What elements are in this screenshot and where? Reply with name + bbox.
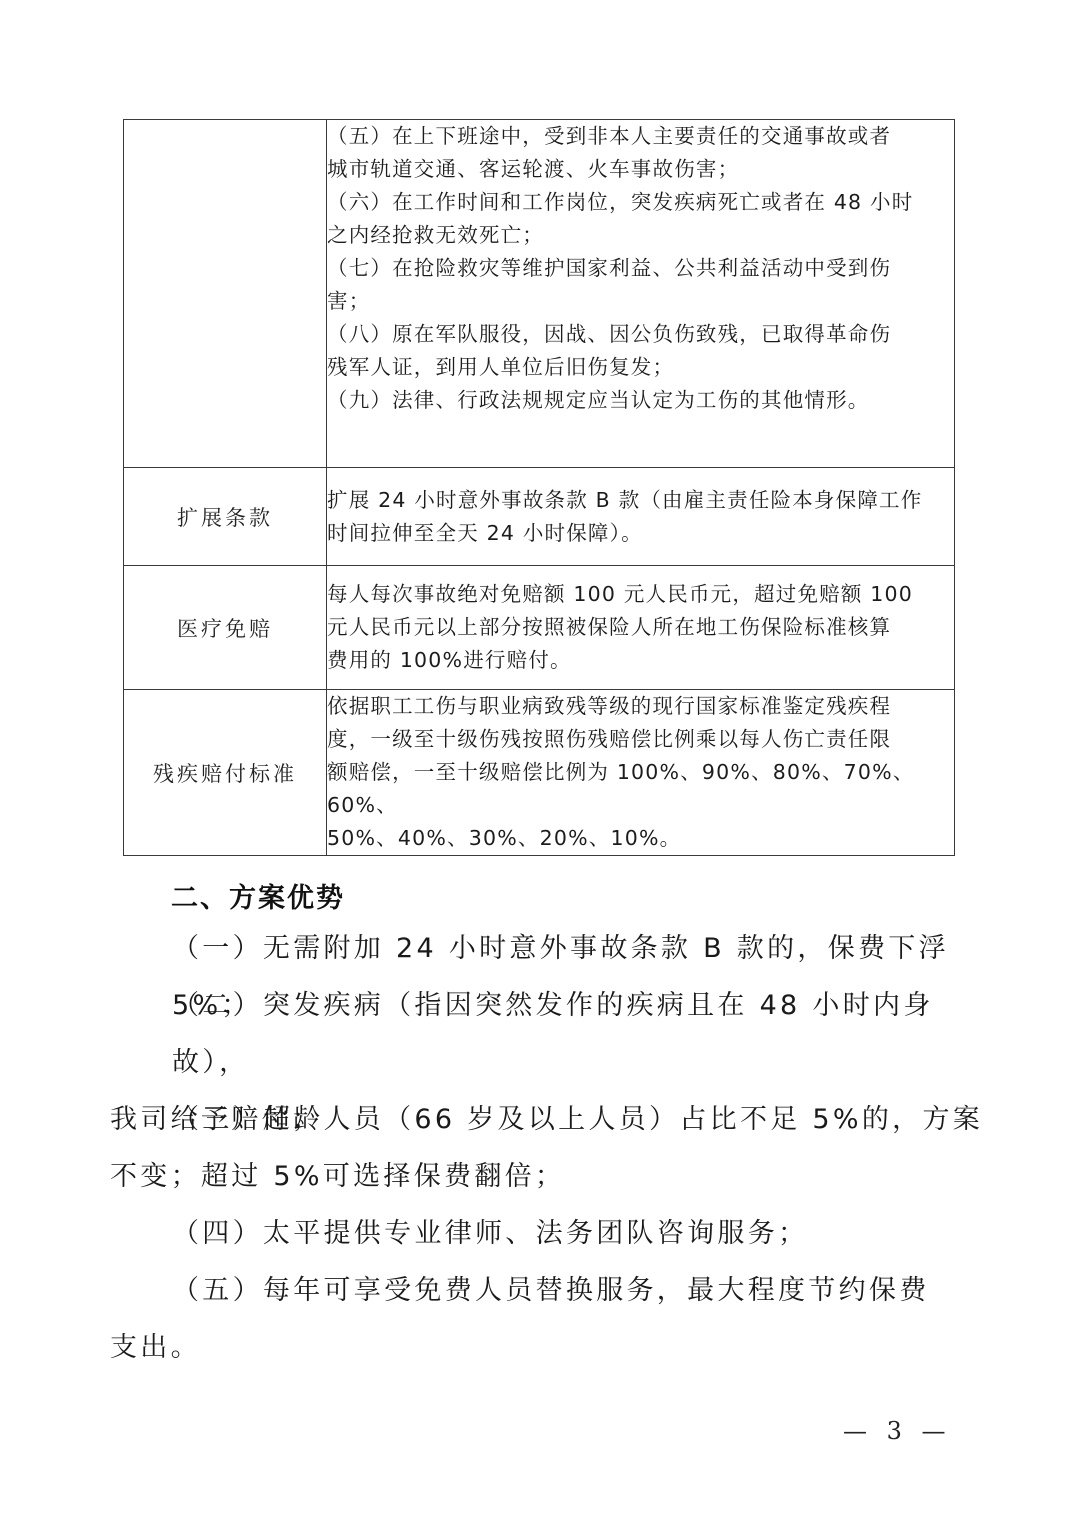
content-line: 扩展 24 小时意外事故条款 B 款（由雇主责任险本身保障工作: [327, 484, 954, 517]
page-number: — 3 —: [843, 1417, 952, 1445]
content-line: 害；: [327, 285, 954, 318]
table-row-content: 依据职工工伤与职业病致残等级的现行国家标准鉴定残疾程 度，一级至十级伤残按照伤残…: [327, 690, 955, 856]
content-line: （五）在上下班途中，受到非本人主要责任的交通事故或者: [327, 120, 954, 153]
content-line: 依据职工工伤与职业病致残等级的现行国家标准鉴定残疾程: [327, 690, 954, 723]
advantage-item-4: （四）太平提供专业律师、法务团队咨询服务；: [110, 1205, 990, 1262]
advantage-item-5: （五）每年可享受免费人员替换服务，最大程度节约保费 支出。: [110, 1262, 990, 1376]
advantage-item-3: （三）超龄人员（66 岁及以上人员）占比不足 5%的，方案 不变；超过 5%可选…: [110, 1091, 990, 1205]
content-line: 额赔偿，一至十级赔偿比例为 100%、90%、80%、70%、60%、: [327, 756, 954, 822]
table-row-work-injury-cases: （五）在上下班途中，受到非本人主要责任的交通事故或者 城市轨道交通、客运轮渡、火…: [124, 120, 955, 468]
table-row-label: 医疗免赔: [124, 566, 327, 690]
paragraph-line: （二）突发疾病（指因突然发作的疾病且在 48 小时内身故），: [110, 977, 990, 1091]
section-heading: 二、方案优势: [171, 876, 345, 915]
table-row-content: （五）在上下班途中，受到非本人主要责任的交通事故或者 城市轨道交通、客运轮渡、火…: [327, 120, 955, 468]
table-row-extension-clause: 扩展条款 扩展 24 小时意外事故条款 B 款（由雇主责任险本身保障工作 时间拉…: [124, 468, 955, 566]
content-line: （八）原在军队服役，因战、因公负伤致残，已取得革命伤: [327, 318, 954, 351]
table-row-label: [124, 120, 327, 468]
table-row-label: 扩展条款: [124, 468, 327, 566]
content-line: 度，一级至十级伤残按照伤残赔偿比例乘以每人伤亡责任限: [327, 723, 954, 756]
table-row-label: 残疾赔付标准: [124, 690, 327, 856]
insurance-terms-table: （五）在上下班途中，受到非本人主要责任的交通事故或者 城市轨道交通、客运轮渡、火…: [123, 119, 955, 856]
content-line: 残军人证，到用人单位后旧伤复发；: [327, 351, 954, 384]
document-page: （五）在上下班途中，受到非本人主要责任的交通事故或者 城市轨道交通、客运轮渡、火…: [0, 0, 1080, 1527]
content-line: 50%、40%、30%、20%、10%。: [327, 822, 954, 855]
paragraph-line: 支出。: [110, 1319, 990, 1376]
table-row-medical-deductible: 医疗免赔 每人每次事故绝对免赔额 100 元人民币元，超过免赔额 100 元人民…: [124, 566, 955, 690]
content-line: 之内经抢救无效死亡；: [327, 219, 954, 252]
content-line: 元人民币元以上部分按照被保险人所在地工伤保险标准核算: [327, 611, 954, 644]
content-line: （九）法律、行政法规规定应当认定为工伤的其他情形。: [327, 384, 954, 417]
paragraph-line: 不变；超过 5%可选择保费翻倍；: [110, 1148, 990, 1205]
content-line: 每人每次事故绝对免赔额 100 元人民币元，超过免赔额 100: [327, 578, 954, 611]
paragraph-line: （五）每年可享受免费人员替换服务，最大程度节约保费: [110, 1262, 990, 1319]
table-row-content: 每人每次事故绝对免赔额 100 元人民币元，超过免赔额 100 元人民币元以上部…: [327, 566, 955, 690]
table-row-disability-standard: 残疾赔付标准 依据职工工伤与职业病致残等级的现行国家标准鉴定残疾程 度，一级至十…: [124, 690, 955, 856]
content-line: （七）在抢险救灾等维护国家利益、公共利益活动中受到伤: [327, 252, 954, 285]
content-line: 城市轨道交通、客运轮渡、火车事故伤害；: [327, 153, 954, 186]
content-line: 时间拉伸至全天 24 小时保障）。: [327, 517, 954, 550]
content-line: 费用的 100%进行赔付。: [327, 644, 954, 677]
content-line: （六）在工作时间和工作岗位，突发疾病死亡或者在 48 小时: [327, 186, 954, 219]
paragraph-line: （三）超龄人员（66 岁及以上人员）占比不足 5%的，方案: [110, 1091, 990, 1148]
table-row-content: 扩展 24 小时意外事故条款 B 款（由雇主责任险本身保障工作 时间拉伸至全天 …: [327, 468, 955, 566]
paragraph-line: （四）太平提供专业律师、法务团队咨询服务；: [110, 1205, 990, 1262]
